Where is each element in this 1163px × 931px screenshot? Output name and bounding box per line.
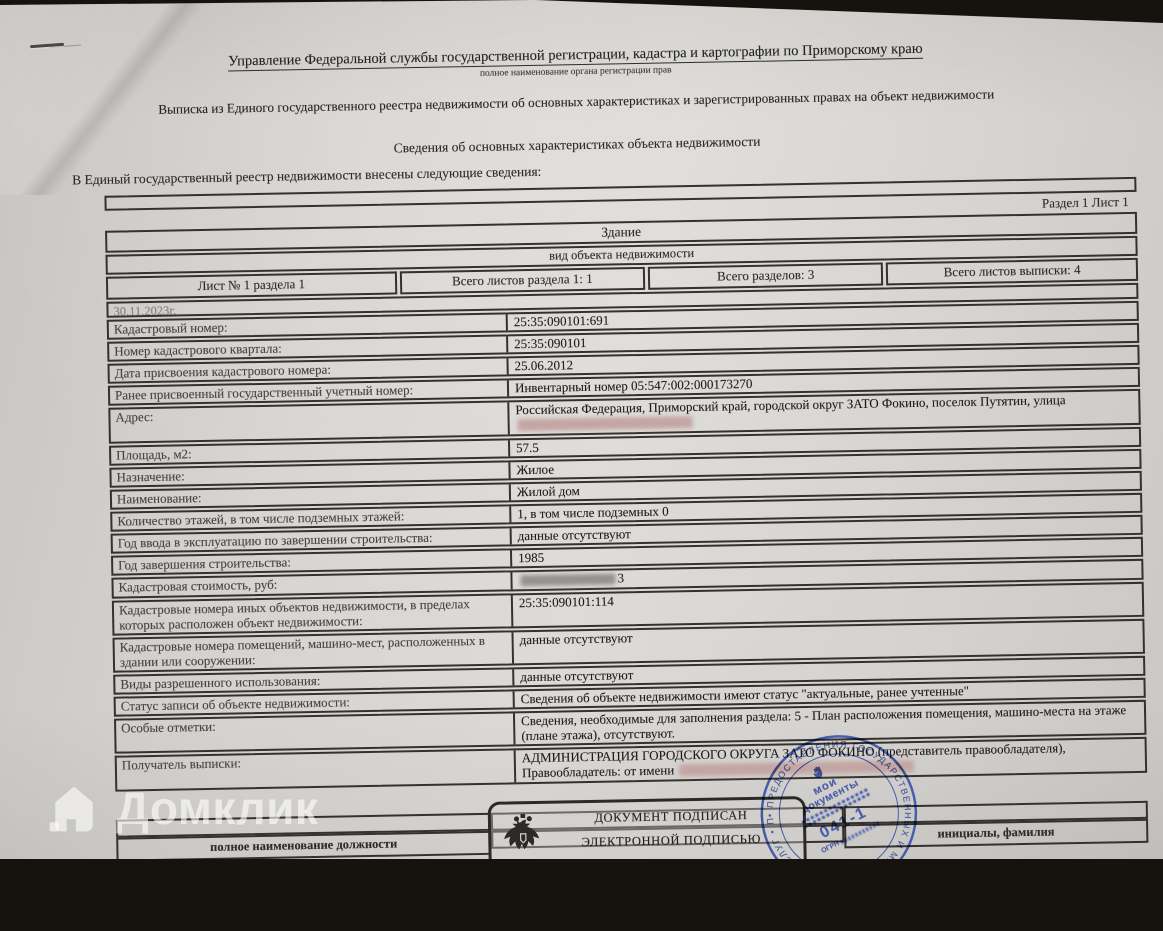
sheet-cell: Всего листов выписки: 4 [886, 258, 1138, 286]
row-label: Дата присвоения кадастрового номера: [110, 358, 509, 381]
row-label: Площадь, м2: [111, 440, 510, 463]
redaction-blur [679, 760, 914, 776]
row-value-text: Сведения, необходимые для заполнения раз… [521, 702, 1126, 743]
esign-title-line2: ЭЛЕКТРОННОЙ ПОДПИСЬЮ [547, 831, 795, 855]
row-label: Количество этажей, в том числе подземных… [112, 506, 511, 529]
row-label: Год ввода в эксплуатацию по завершении с… [113, 528, 512, 551]
row-value-text: 25:35:090101 [514, 335, 586, 351]
row-value-text: данные отсутствуют [519, 630, 632, 647]
row-value-text: 25:35:090101:691 [514, 313, 610, 330]
row-value-text: 25:35:090101:114 [519, 593, 614, 610]
characteristics-table: Раздел 1 Лист 1 Здание вид объекта недви… [104, 177, 1147, 791]
domclick-house-icon [44, 778, 104, 838]
sheet-cell: Всего листов раздела 1: 1 [399, 267, 645, 294]
row-value-text: 57.5 [516, 440, 539, 455]
row-value-text: 1, в том числе подземных 0 [517, 504, 669, 522]
row-label: Ранее присвоенный государственный учетны… [110, 380, 509, 403]
redaction-blur [518, 416, 693, 431]
row-label: Год завершения строительства: [113, 550, 512, 573]
row-label: Кадастровые номера помещений, машино-мес… [115, 632, 515, 670]
row-label: Виды разрешенного использования: [115, 669, 514, 692]
row-value-text: Правообладатель: от имени [522, 762, 678, 780]
row-value-text: 3 [617, 570, 624, 585]
row-label: Номер кадастрового квартала: [109, 336, 508, 359]
row-label: Наименование: [112, 484, 511, 507]
esign-header: ДОКУМЕНТ ПОДПИСАН ЭЛЕКТРОННОЙ ПОДПИСЬЮ [497, 802, 796, 859]
row-value-text: Сведения об объекте недвижимости имеют с… [521, 683, 970, 706]
domclick-watermark: Домклик [44, 778, 318, 838]
row-value-text: Жилое [516, 462, 554, 478]
row-value-text: данные отсутствуют [518, 526, 631, 543]
table-rows: Кадастровый номер: 25:35:090101:691 Номе… [107, 301, 1147, 791]
domclick-brand-text: Домклик [116, 781, 318, 835]
row-value-text: 25.06.2012 [514, 357, 573, 373]
row-label: Статус записи об объекте недвижимости: [116, 691, 515, 714]
sheet-cell: Всего разделов: 3 [648, 263, 884, 290]
row-label: Адрес: [110, 402, 510, 441]
document-title: Выписка из Единого государственного реес… [0, 83, 1158, 120]
row-label: Особые отметки: [116, 713, 516, 751]
redaction-blur [520, 573, 615, 586]
coat-of-arms-icon [499, 806, 548, 859]
sheet-cell: Лист № 1 раздела 1 [106, 271, 397, 299]
row-value-text: данные отсутствуют [520, 667, 633, 684]
row-value-text: Жилой дом [517, 483, 580, 499]
electronic-signature-stamp: ДОКУМЕНТ ПОДПИСАН ЭЛЕКТРОННОЙ ПОДПИСЬЮ С… [488, 796, 808, 859]
row-value-text: Инвентарный номер 05:547:002:000173270 [515, 376, 753, 395]
name-caption: инициалы, фамилия [844, 818, 1149, 848]
esign-titles: ДОКУМЕНТ ПОДПИСАН ЭЛЕКТРОННОЙ ПОДПИСЬЮ [547, 805, 796, 855]
egrn-extract-document: Управление Федеральной службы государств… [0, 0, 1163, 859]
document-photo: Управление Федеральной службы государств… [0, 0, 1163, 859]
row-label: Кадастровые номера иных объектов недвижи… [114, 595, 514, 633]
row-label: Назначение: [111, 462, 510, 485]
row-value: АДМИНИСТРАЦИЯ ГОРОДСКОГО ОКРУГА ЗАТО ФОК… [516, 738, 1145, 782]
row-label: Кадастровая стоимость, руб: [113, 572, 512, 596]
row-value-text: 1985 [518, 550, 544, 565]
